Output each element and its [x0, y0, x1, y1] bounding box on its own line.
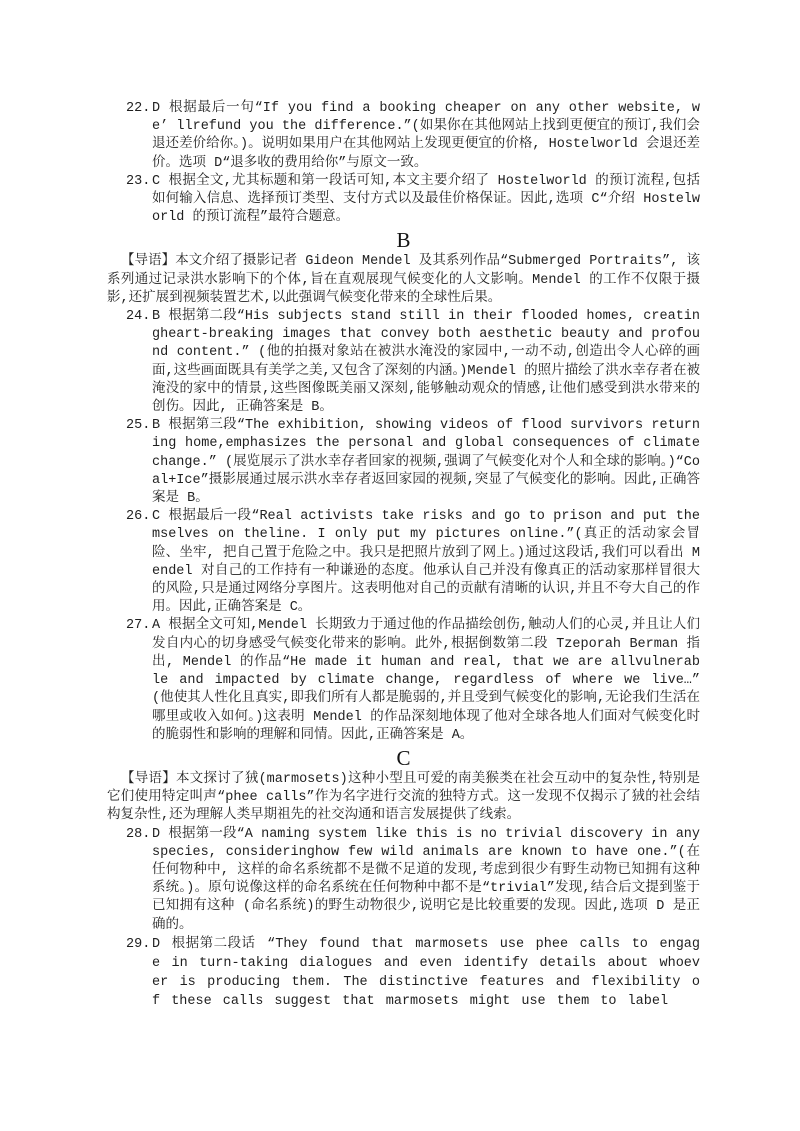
answer-item-23: 23. C 根据全文,尤其标题和第一段话可知,本文主要介绍了 Hostelwor…: [107, 173, 700, 228]
item-explanation: D 根据最后一句“If you find a booking cheaper o…: [152, 101, 700, 171]
item-explanation: D 根据第二段话 “They found that marmosets use …: [152, 937, 700, 1009]
item-number: 28.: [126, 826, 150, 844]
answer-item-25: 25. B 根据第三段“The exhibition, showing vide…: [107, 417, 700, 508]
item-explanation: B 根据第三段“The exhibition, showing videos o…: [152, 418, 700, 506]
item-number: 29.: [126, 935, 150, 954]
item-number: 25.: [126, 417, 150, 435]
passage-b-summary: 【导语】本文介绍了摄影记者 Gideon Mendel 及其系列作品“Subme…: [107, 253, 700, 308]
item-explanation: B 根据第二段“His subjects stand still in thei…: [152, 309, 700, 415]
item-explanation: D 根据第一段“A naming system like this is no …: [152, 827, 700, 933]
answer-item-29: 29. D 根据第二段话 “They found that marmosets …: [107, 935, 700, 1011]
item-number: 23.: [126, 173, 150, 191]
item-number: 26.: [126, 508, 150, 526]
answer-item-28: 28. D 根据第一段“A naming system like this is…: [107, 826, 700, 935]
item-number: 22.: [126, 100, 150, 118]
item-explanation: A 根据全文可知,Mendel 长期致力于通过他的作品描绘创伤,触动人们的心灵,…: [152, 618, 700, 742]
section-heading-b: B: [107, 228, 700, 252]
answer-item-26: 26. C 根据最后一段“Real activists take risks a…: [107, 508, 700, 617]
item-number: 27.: [126, 617, 150, 635]
answer-item-24: 24. B 根据第二段“His subjects stand still in …: [107, 308, 700, 417]
section-c-answers: C 【导语】本文探讨了狨(marmosets)这种小型且可爱的南美猴类在社会互动…: [107, 746, 700, 1011]
item-number: 24.: [126, 308, 150, 326]
section-b-answers: B 【导语】本文介绍了摄影记者 Gideon Mendel 及其系列作品“Sub…: [107, 228, 700, 744]
passage-c-summary: 【导语】本文探讨了狨(marmosets)这种小型且可爱的南美猴类在社会互动中的…: [107, 771, 700, 826]
item-explanation: C 根据最后一段“Real activists take risks and g…: [152, 509, 700, 615]
section-heading-c: C: [107, 746, 700, 770]
answer-item-27: 27. A 根据全文可知,Mendel 长期致力于通过他的作品描绘创伤,触动人们…: [107, 617, 700, 744]
answer-explanation-page: 22. D 根据最后一句“If you find a booking cheap…: [0, 0, 800, 1131]
answer-item-22: 22. D 根据最后一句“If you find a booking cheap…: [107, 100, 700, 173]
item-explanation: C 根据全文,尤其标题和第一段话可知,本文主要介绍了 Hostelworld 的…: [152, 174, 700, 225]
section-a-answers: 22. D 根据最后一句“If you find a booking cheap…: [107, 100, 700, 227]
